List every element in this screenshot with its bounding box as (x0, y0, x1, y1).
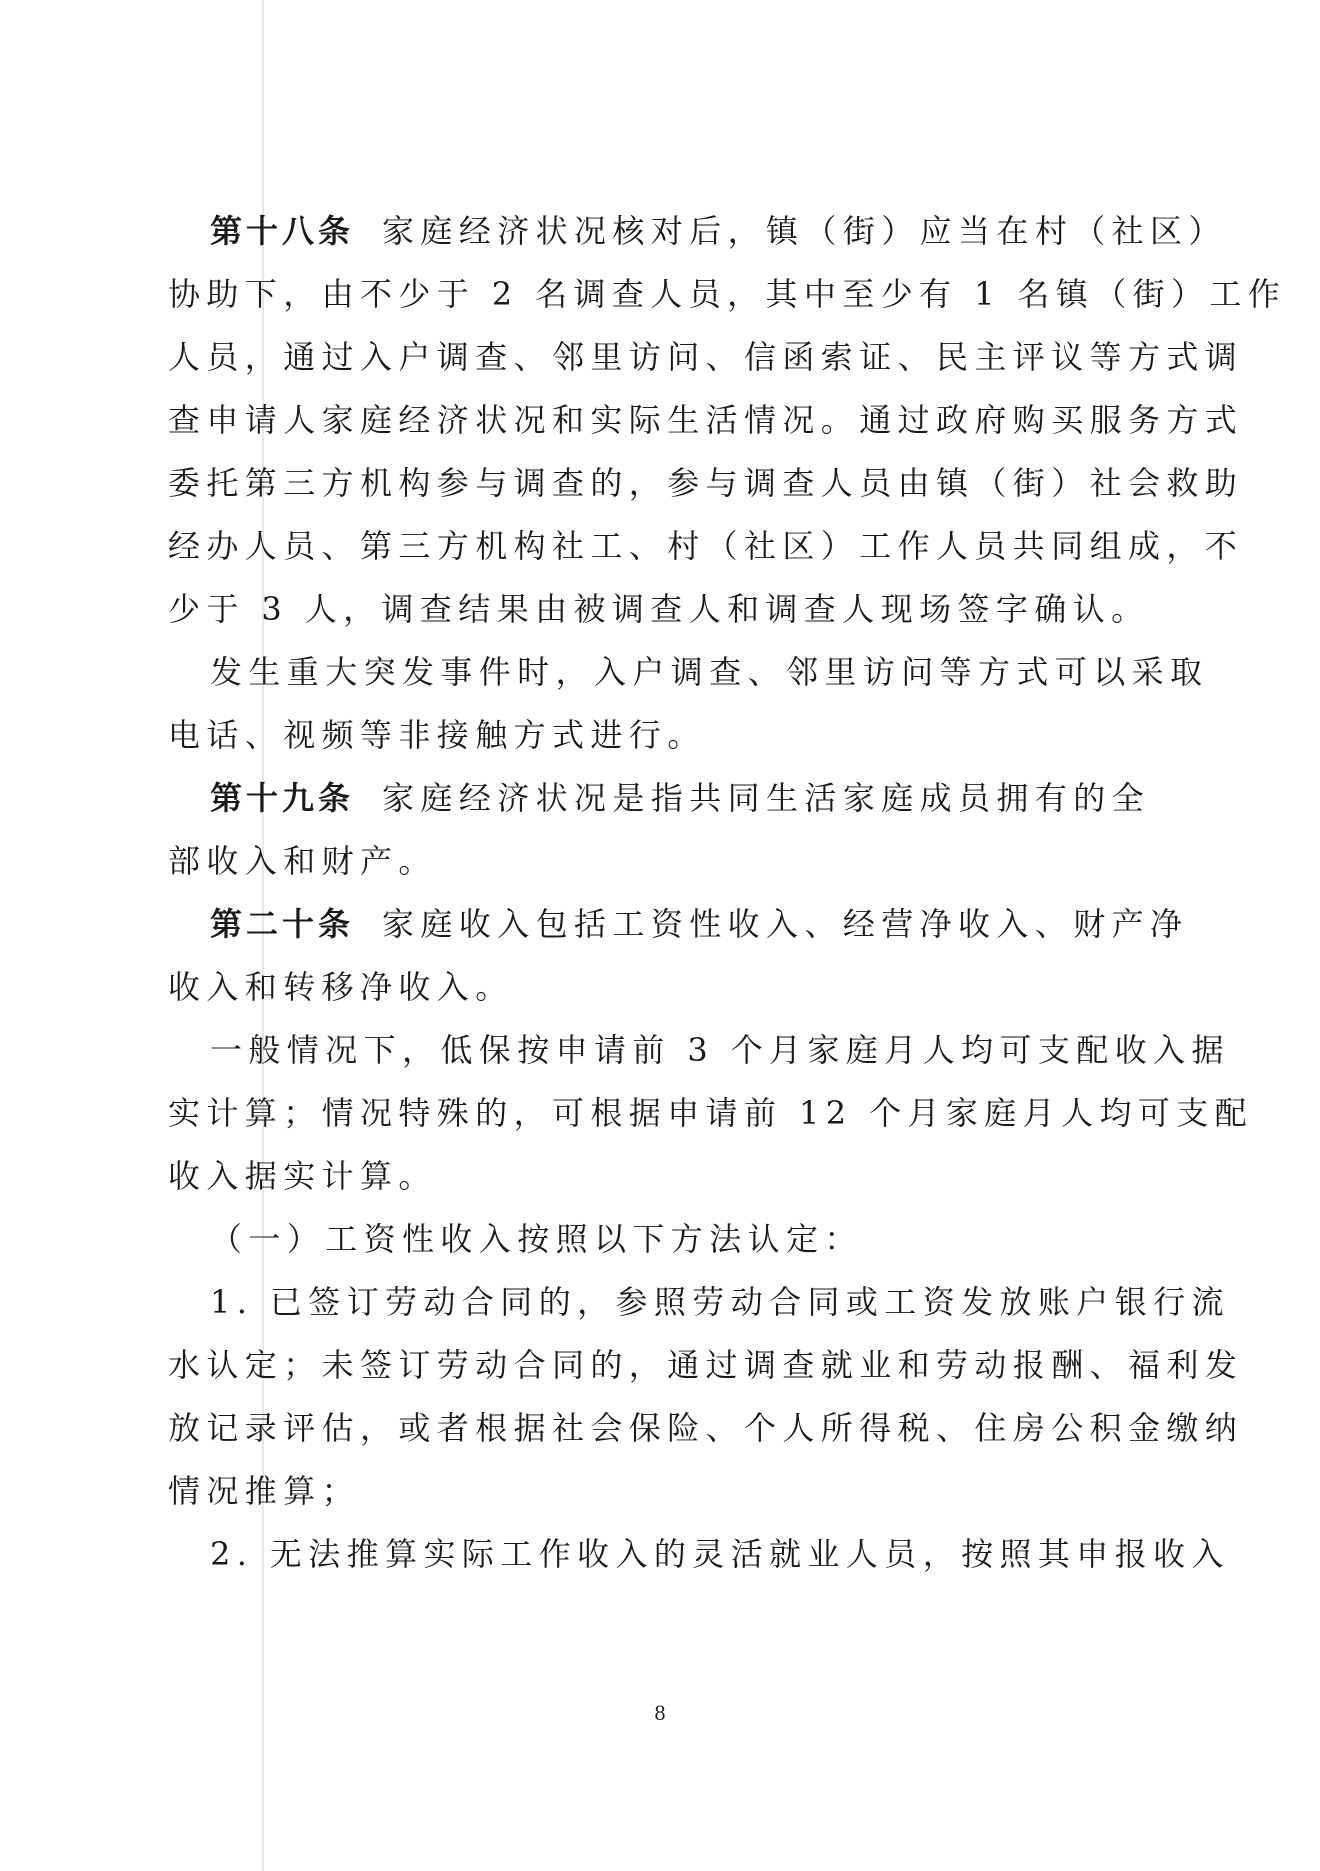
article-18-line-5: 委托第三方机构参与调查的，参与调查人员由镇（街）社会救助 (168, 452, 1163, 515)
item-1-line-2: 水认定；未签订劳动合同的，通过调查就业和劳动报酬、福利发 (168, 1334, 1163, 1397)
item-1-line-3: 放记录评估，或者根据社会保险、个人所得税、住房公积金缴纳 (168, 1397, 1163, 1460)
article-18-line-7: 少于 3 人，调查结果由被调查人和调查人现场签字确认。 (168, 578, 1163, 641)
article-19-line-2: 部收入和财产。 (168, 830, 1163, 893)
article-19-heading: 第十九条 (210, 779, 354, 817)
emergency-paragraph-line-1: 发生重大突发事件时，入户调查、邻里访问等方式可以采取 (168, 641, 1163, 704)
page-number: 8 (0, 1700, 1320, 1726)
general-case-line-1: 一般情况下，低保按申请前 3 个月家庭月人均可支配收入据 (168, 1019, 1163, 1082)
article-20-line-1: 第二十条家庭收入包括工资性收入、经营净收入、财产净 (168, 893, 1163, 956)
article-19-line-1: 第十九条家庭经济状况是指共同生活家庭成员拥有的全 (168, 767, 1163, 830)
article-18-line-3: 人员，通过入户调查、邻里访问、信函索证、民主评议等方式调 (168, 326, 1163, 389)
general-case-line-3: 收入据实计算。 (168, 1145, 1163, 1208)
item-2-line-1: 2. 无法推算实际工作收入的灵活就业人员，按照其申报收入 (168, 1523, 1163, 1586)
article-20-heading: 第二十条 (210, 905, 354, 943)
article-18-line-2: 协助下，由不少于 2 名调查人员，其中至少有 1 名镇（街）工作 (168, 263, 1163, 326)
item-1-line-4: 情况推算； (168, 1460, 1163, 1523)
emergency-paragraph-line-2: 电话、视频等非接触方式进行。 (168, 704, 1163, 767)
subsection-1-heading: （一）工资性收入按照以下方法认定： (168, 1208, 1163, 1271)
article-20-line-2: 收入和转移净收入。 (168, 956, 1163, 1019)
article-18-line-4: 查申请人家庭经济状况和实际生活情况。通过政府购买服务方式 (168, 389, 1163, 452)
article-18-line-1: 第十八条家庭经济状况核对后，镇（街）应当在村（社区） (168, 200, 1163, 263)
document-page: 第十八条家庭经济状况核对后，镇（街）应当在村（社区） 协助下，由不少于 2 名调… (168, 200, 1163, 1586)
item-1-line-1: 1. 已签订劳动合同的，参照劳动合同或工资发放账户银行流 (168, 1271, 1163, 1334)
general-case-line-2: 实计算；情况特殊的，可根据申请前 12 个月家庭月人均可支配 (168, 1082, 1163, 1145)
article-18-line-6: 经办人员、第三方机构社工、村（社区）工作人员共同组成，不 (168, 515, 1163, 578)
article-18-heading: 第十八条 (210, 212, 354, 250)
